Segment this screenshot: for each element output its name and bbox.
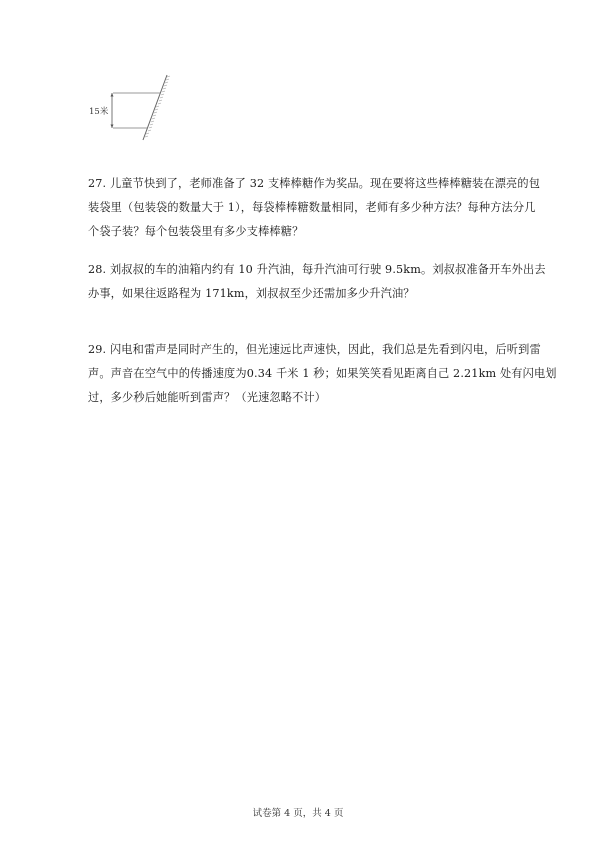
question-29-line-1: 29. 闪电和雷声是同时产生的，但光速远比声速快，因此，我们总是先看到闪电，后听… (88, 338, 518, 362)
wall-diagram: 15米 (85, 68, 185, 148)
page-footer: 试卷第 4 页，共 4 页 (0, 805, 596, 819)
question-27-line-2: 装袋里（包装袋的数量大于 1），每袋棒棒糖数量相同，老师有多少种方法？每种方法分… (88, 196, 518, 220)
height-label: 15米 (89, 106, 109, 117)
question-27-line-3: 个袋子装？每个包装袋里有多少支棒棒糖？ (88, 220, 518, 244)
question-27-line-1: 27. 儿童节快到了，老师准备了 32 支棒棒糖作为奖品。现在要将这些棒棒糖装在… (88, 172, 518, 196)
question-text: 刘叔叔的车的油箱内约有 10 升汽油，每升汽油可行驶 9.5km。刘叔叔准备开车… (110, 263, 546, 276)
question-number: 27. (88, 177, 106, 190)
question-29-line-3: 过，多少秒后她能听到雷声？（光速忽略不计） (88, 386, 518, 410)
question-27: 27. 儿童节快到了，老师准备了 32 支棒棒糖作为奖品。现在要将这些棒棒糖装在… (88, 172, 518, 244)
question-28-line-2: 办事，如果往返路程为 171km，刘叔叔至少还需加多少升汽油？ (88, 282, 518, 306)
question-text: 儿童节快到了，老师准备了 32 支棒棒糖作为奖品。现在要将这些棒棒糖装在漂亮的包 (110, 177, 540, 190)
question-text: 闪电和雷声是同时产生的，但光速远比声速快，因此，我们总是先看到闪电，后听到雷 (110, 343, 541, 356)
question-number: 28. (88, 263, 106, 276)
question-28-line-1: 28. 刘叔叔的车的油箱内约有 10 升汽油，每升汽油可行驶 9.5km。刘叔叔… (88, 258, 518, 282)
wall-diagram-svg: 15米 (85, 68, 185, 148)
question-29-line-2: 声。声音在空气中的传播速度为0.34 千米 1 秒；如果笑笑看见距离自己 2.2… (88, 362, 518, 386)
question-number: 29. (88, 343, 106, 356)
question-29: 29. 闪电和雷声是同时产生的，但光速远比声速快，因此，我们总是先看到闪电，后听… (88, 338, 518, 410)
question-28: 28. 刘叔叔的车的油箱内约有 10 升汽油，每升汽油可行驶 9.5km。刘叔叔… (88, 258, 518, 306)
